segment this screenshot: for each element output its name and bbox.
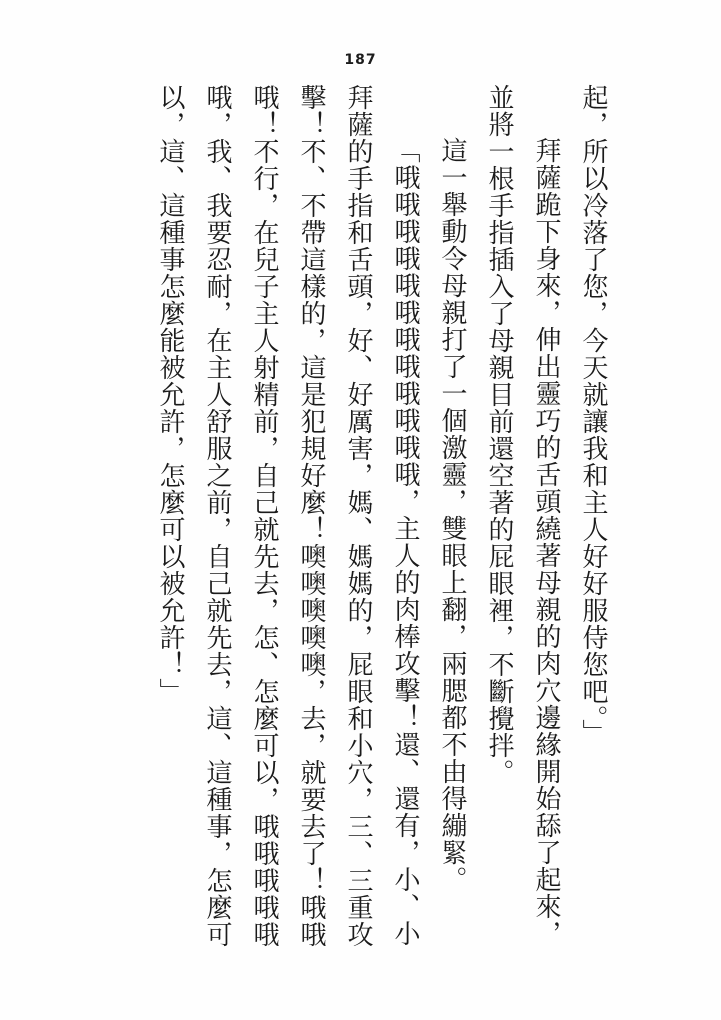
text-column-6: 拜薩的手指和舌頭，好、好厲害，媽、媽媽的，屁眼和小穴，三、三重攻 [335, 84, 382, 964]
text-block: 起，所以冷落了您，今天就讓我和主人好好服侍您吧。」 拜薩跪下身來，伸出靈巧的舌頭… [147, 84, 617, 964]
text-column-9: 哦，我、我要忍耐，在主人舒服之前，自己就先去，這、這種事，怎麼可 [194, 84, 241, 964]
text-column-4: 這一舉動令母親打了一個激靈，雙眼上翻，兩腮都不由得繃緊。 [429, 84, 476, 964]
text-column-7: 擊！不、不帶這樣的，這是犯規好麼！噢噢噢噢噢，去，就要去了！哦哦 [288, 84, 335, 964]
text-column-2: 拜薩跪下身來，伸出靈巧的舌頭繞著母親的肉穴邊緣開始舔了起來， [523, 84, 570, 964]
text-column-8: 哦！不行，在兒子主人射精前，自己就先去，怎、怎麼可以，哦哦哦哦哦 [241, 84, 288, 964]
page-number: 187 [0, 52, 721, 68]
text-column-3: 並將一根手指插入了母親目前還空著的屁眼裡，不斷攪拌。 [476, 84, 523, 964]
text-column-10: 以，這、這種事怎麼能被允許，怎麼可以被允許！」 [147, 84, 194, 964]
text-column-5: 「哦哦哦哦哦哦哦哦哦哦哦哦，主人的肉棒攻擊！還、還有，小、小 [382, 84, 429, 964]
text-column-1: 起，所以冷落了您，今天就讓我和主人好好服侍您吧。」 [570, 84, 617, 964]
book-page: 187 起，所以冷落了您，今天就讓我和主人好好服侍您吧。」 拜薩跪下身來，伸出靈… [0, 0, 721, 1020]
